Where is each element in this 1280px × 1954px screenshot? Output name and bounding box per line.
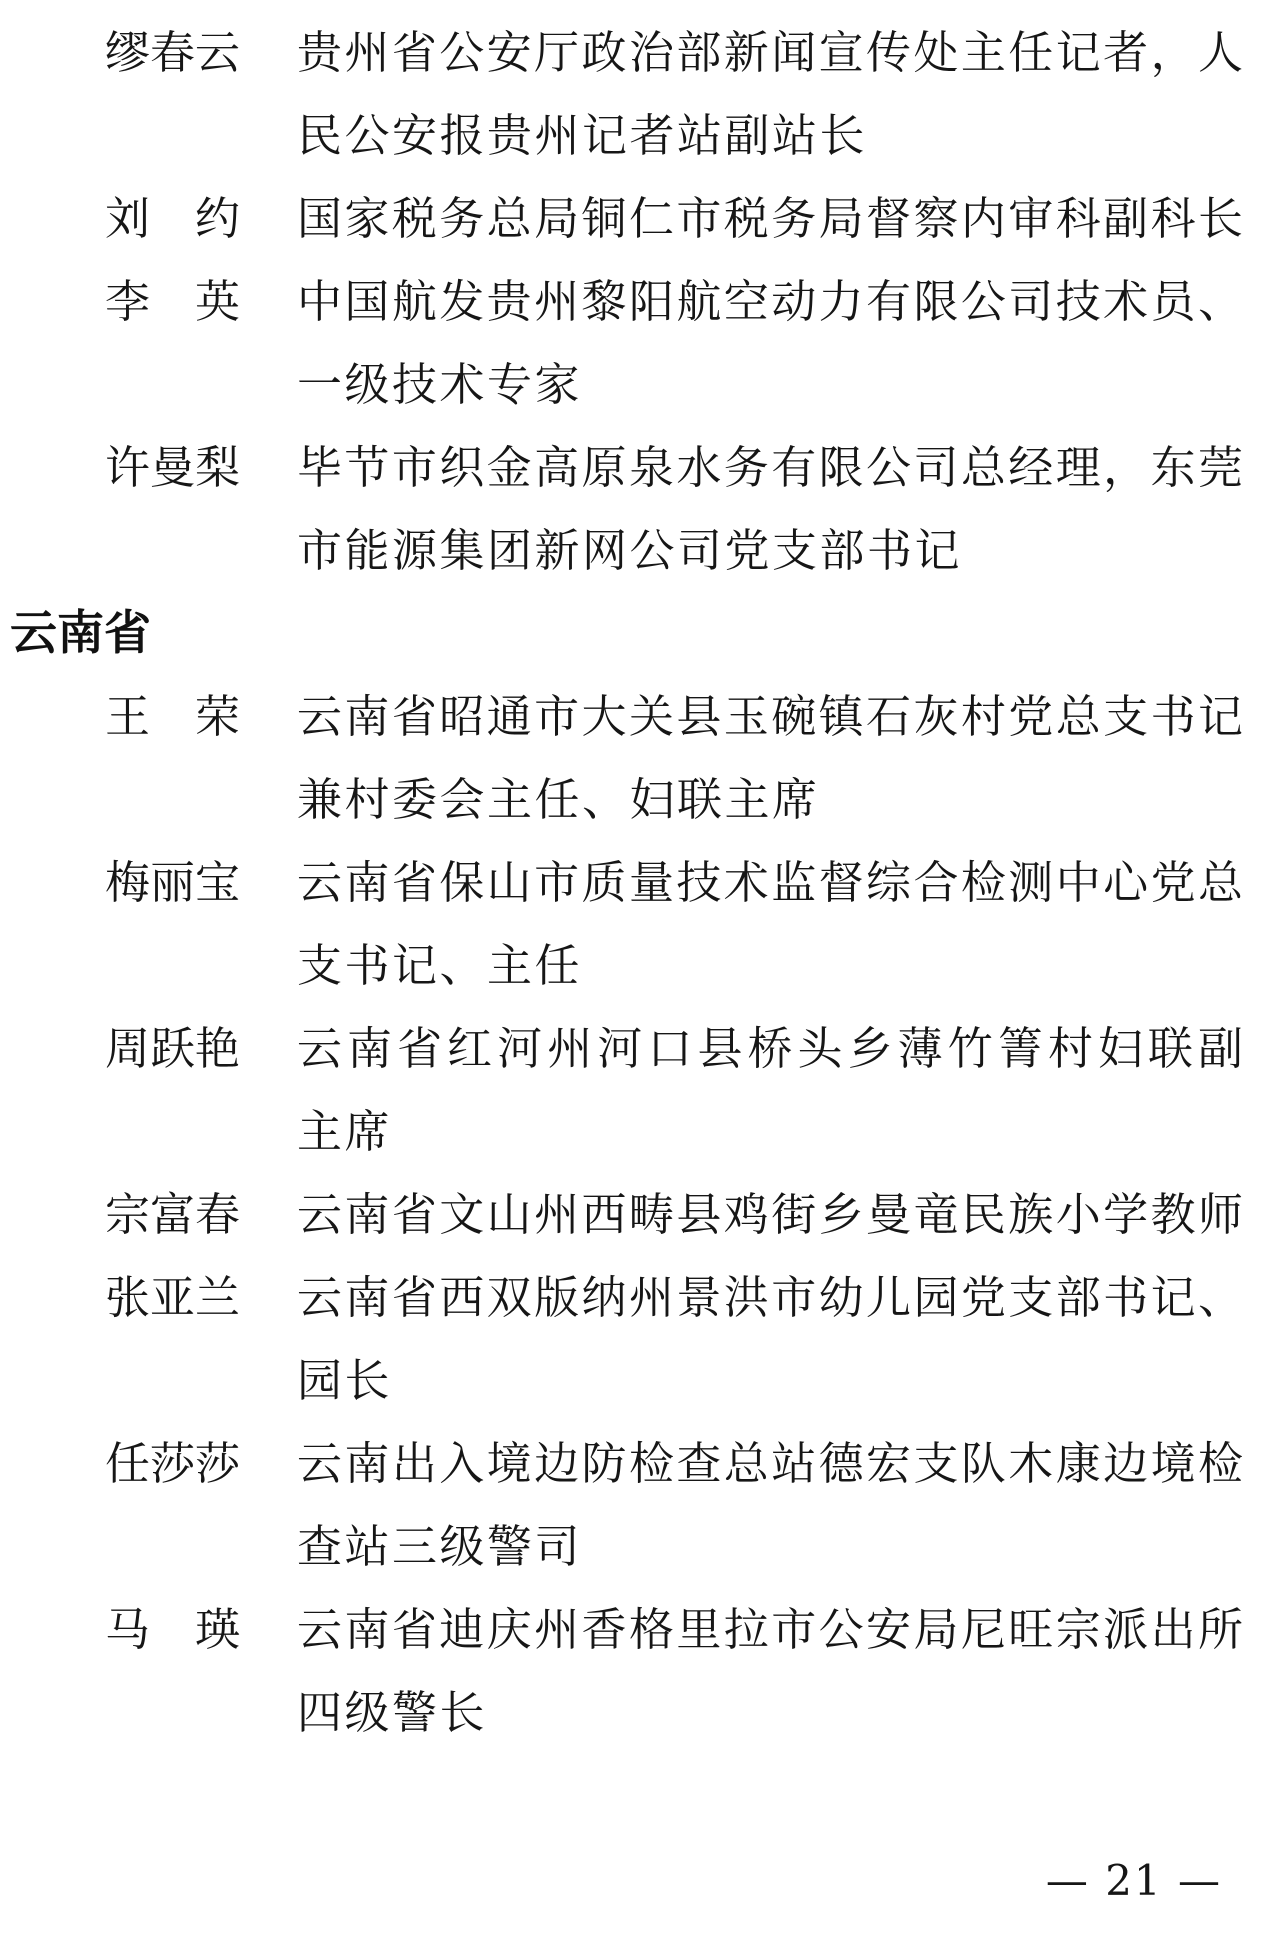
honoree-name: 周跃艳 xyxy=(105,1007,240,1090)
honoree-name: 李 英 xyxy=(105,260,240,343)
honoree-entry: 许曼梨 毕节市织金高原泉水务有限公司总经理，东莞 市能源集团新网公司党支部书记 xyxy=(0,426,1280,592)
description-line: 毕节市织金高原泉水务有限公司总经理，东莞 xyxy=(297,426,1243,509)
description-line: 云南省文山州西畴县鸡街乡曼竜民族小学教师 xyxy=(297,1173,1243,1256)
section-header-yunnan: 云南省 xyxy=(10,592,1280,675)
description-line: 园长 xyxy=(297,1339,1243,1422)
honoree-name: 缪春云 xyxy=(105,11,240,94)
description-line: 云南省红河州河口县桥头乡薄竹箐村妇联副 xyxy=(297,1007,1243,1090)
honoree-entry: 刘 约 国家税务总局铜仁市税务局督察内审科副科长 xyxy=(0,177,1280,260)
honoree-entry: 王 荣 云南省昭通市大关县玉碗镇石灰村党总支书记 兼村委会主任、妇联主席 xyxy=(0,675,1280,841)
honoree-description: 贵州省公安厅政治部新闻宣传处主任记者，人 民公安报贵州记者站副站长 xyxy=(297,11,1243,177)
honoree-description: 云南省红河州河口县桥头乡薄竹箐村妇联副 主席 xyxy=(297,1007,1243,1173)
description-line: 云南出入境边防检查总站德宏支队木康边境检 xyxy=(297,1422,1243,1505)
honoree-entry: 李 英 中国航发贵州黎阳航空动力有限公司技术员、 一级技术专家 xyxy=(0,260,1280,426)
document-content: 缪春云 贵州省公安厅政治部新闻宣传处主任记者，人 民公安报贵州记者站副站长 刘 … xyxy=(0,11,1280,1754)
description-line: 云南省迪庆州香格里拉市公安局尼旺宗派出所 xyxy=(297,1588,1243,1671)
honoree-entry: 任莎莎 云南出入境边防检查总站德宏支队木康边境检 查站三级警司 xyxy=(0,1422,1280,1588)
description-line: 四级警长 xyxy=(297,1671,1243,1754)
description-line: 云南省西双版纳州景洪市幼儿园党支部书记、 xyxy=(297,1256,1243,1339)
description-line: 中国航发贵州黎阳航空动力有限公司技术员、 xyxy=(297,260,1243,343)
document-page: 缪春云 贵州省公安厅政治部新闻宣传处主任记者，人 民公安报贵州记者站副站长 刘 … xyxy=(0,0,1280,1954)
honoree-name: 梅丽宝 xyxy=(105,841,240,924)
description-line: 民公安报贵州记者站副站长 xyxy=(297,94,1243,177)
honoree-entry: 周跃艳 云南省红河州河口县桥头乡薄竹箐村妇联副 主席 xyxy=(0,1007,1280,1173)
description-line: 国家税务总局铜仁市税务局督察内审科副科长 xyxy=(297,177,1243,260)
description-line: 查站三级警司 xyxy=(297,1505,1243,1588)
description-line: 支书记、主任 xyxy=(297,924,1243,1007)
honoree-entry: 马 瑛 云南省迪庆州香格里拉市公安局尼旺宗派出所 四级警长 xyxy=(0,1588,1280,1754)
honoree-name: 许曼梨 xyxy=(105,426,240,509)
honoree-name: 马 瑛 xyxy=(105,1588,240,1671)
honoree-description: 云南出入境边防检查总站德宏支队木康边境检 查站三级警司 xyxy=(297,1422,1243,1588)
honoree-entry: 缪春云 贵州省公安厅政治部新闻宣传处主任记者，人 民公安报贵州记者站副站长 xyxy=(0,11,1280,177)
description-line: 一级技术专家 xyxy=(297,343,1243,426)
description-line: 云南省保山市质量技术监督综合检测中心党总 xyxy=(297,841,1243,924)
honoree-description: 中国航发贵州黎阳航空动力有限公司技术员、 一级技术专家 xyxy=(297,260,1243,426)
page-number: — 21 — xyxy=(1046,1856,1222,1906)
description-line: 兼村委会主任、妇联主席 xyxy=(297,758,1243,841)
honoree-description: 云南省文山州西畴县鸡街乡曼竜民族小学教师 xyxy=(297,1173,1243,1256)
honoree-description: 云南省昭通市大关县玉碗镇石灰村党总支书记 兼村委会主任、妇联主席 xyxy=(297,675,1243,841)
description-line: 贵州省公安厅政治部新闻宣传处主任记者，人 xyxy=(297,11,1243,94)
description-line: 云南省昭通市大关县玉碗镇石灰村党总支书记 xyxy=(297,675,1243,758)
honoree-name: 张亚兰 xyxy=(105,1256,240,1339)
honoree-name: 宗富春 xyxy=(105,1173,240,1256)
honoree-description: 国家税务总局铜仁市税务局督察内审科副科长 xyxy=(297,177,1243,260)
honoree-description: 云南省西双版纳州景洪市幼儿园党支部书记、 园长 xyxy=(297,1256,1243,1422)
honoree-entry: 张亚兰 云南省西双版纳州景洪市幼儿园党支部书记、 园长 xyxy=(0,1256,1280,1422)
honoree-name: 王 荣 xyxy=(105,675,240,758)
honoree-description: 云南省保山市质量技术监督综合检测中心党总 支书记、主任 xyxy=(297,841,1243,1007)
description-line: 主席 xyxy=(297,1090,1243,1173)
honoree-entry: 宗富春 云南省文山州西畴县鸡街乡曼竜民族小学教师 xyxy=(0,1173,1280,1256)
honoree-entry: 梅丽宝 云南省保山市质量技术监督综合检测中心党总 支书记、主任 xyxy=(0,841,1280,1007)
honoree-description: 云南省迪庆州香格里拉市公安局尼旺宗派出所 四级警长 xyxy=(297,1588,1243,1754)
honoree-description: 毕节市织金高原泉水务有限公司总经理，东莞 市能源集团新网公司党支部书记 xyxy=(297,426,1243,592)
honoree-name: 刘 约 xyxy=(105,177,240,260)
description-line: 市能源集团新网公司党支部书记 xyxy=(297,509,1243,592)
honoree-name: 任莎莎 xyxy=(105,1422,240,1505)
